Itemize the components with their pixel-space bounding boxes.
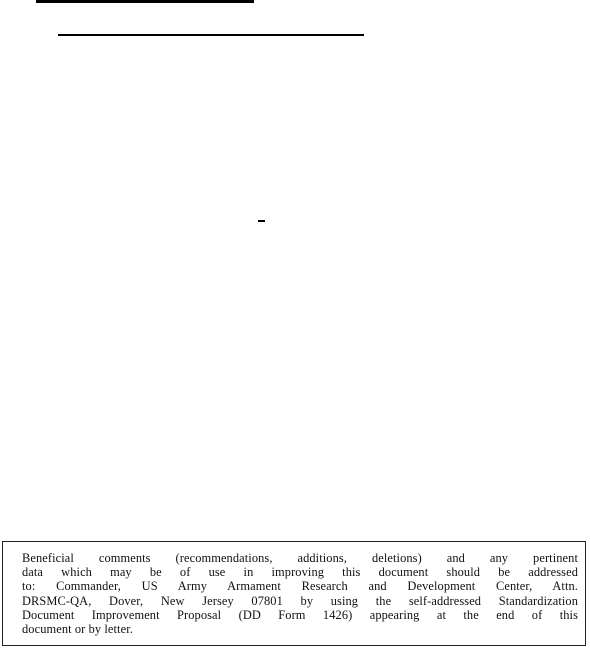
notice-line: Beneficial comments (recommendations, ad… [22,551,578,565]
header-rule-top [36,0,254,3]
notice-line: data which may be of use in improving th… [22,565,578,579]
notice-line: Document Improvement Proposal (DD Form 1… [22,608,578,622]
page-dash-marker [258,220,265,222]
header-rule-second [58,34,364,36]
notice-line: DRSMC-QA, Dover, New Jersey 07801 by usi… [22,594,578,608]
notice-line: document or by letter. [22,622,578,636]
notice-line: to: Commander, US Army Armament Research… [22,579,578,593]
comments-notice-text: Beneficial comments (recommendations, ad… [22,551,578,636]
comments-notice-box: Beneficial comments (recommendations, ad… [2,541,586,646]
